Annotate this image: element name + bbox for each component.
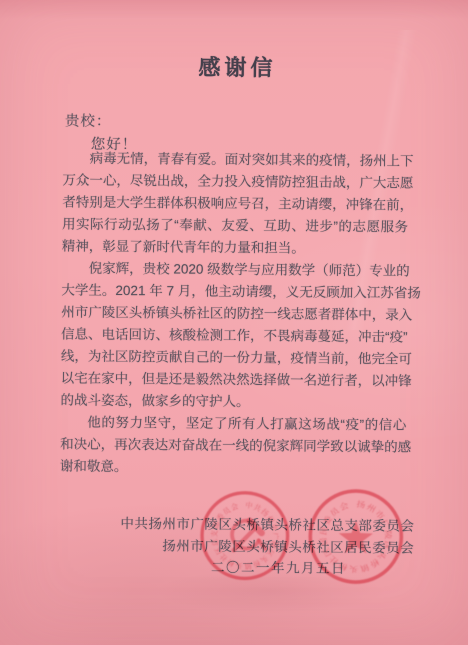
star-icon: [339, 521, 373, 554]
letter-page: 感谢信 贵校： 您好！ 病毒无情，青春有爱。面对突如其来的疫情，扬州上下 万众一…: [0, 0, 468, 645]
salutation: 贵校：: [65, 110, 112, 131]
body-line: 病毒无情，青春有爱。面对突如其来的疫情，扬州上下: [63, 148, 409, 173]
body-line: 倪家辉，贵校 2020 级数学与应用数学（师范）专业的: [62, 258, 408, 283]
svg-text:中共扬州市广陵区头桥镇头桥社区总支部委员会: 中共扬州市广陵区头桥镇头桥社区总支部委员会: [208, 499, 281, 572]
body-line: 信息、电话回访、核酸检测工作，不畏病毒蔓延，冲击“疫”: [61, 324, 407, 349]
body-line: 大学生。2021 年 7 月，他主动请缨，义无反顾加入江苏省扬: [61, 280, 407, 305]
party-committee-seal: 中共扬州市广陵区头桥镇头桥社区总支部委员会: [198, 489, 292, 583]
body-line: 精神，彰显了新时代青年的力量和担当。: [62, 236, 408, 261]
residents-committee-seal: 扬州市广陵区头桥镇头桥社区居民委员会: [306, 487, 406, 587]
seal-ring-text: 中共扬州市广陵区头桥镇头桥社区总支部委员会: [208, 499, 281, 572]
body-line: 线，为社区防控贡献自己的一份力量，疫情当前，他完全可: [61, 346, 407, 371]
hammer-sickle-icon: [232, 521, 265, 551]
body-line: 以宅在家中，但是还是毅然决然选择做一名逆行者，以冲锋: [61, 368, 407, 393]
body-line: 和决心，再次表达对奋战在一线的倪家辉同学致以诚挚的感: [60, 433, 406, 458]
letter-body: 病毒无情，青春有爱。面对突如其来的疫情，扬州上下 万众一心，尽锐出战，全力投入疫…: [60, 148, 409, 481]
body-line: 的战斗姿态，做家乡的守护人。: [60, 390, 406, 415]
body-line: 万众一心，尽锐出战，全力投入疫情防控狙击战，广大志愿: [62, 170, 408, 195]
body-line: 者特别是大学生群体积极响应号召，主动请缨，冲锋在前，: [62, 192, 408, 217]
body-line: 他的努力坚守，坚定了所有人打赢这场战“疫”的信心: [60, 412, 406, 437]
letter-title: 感谢信: [0, 49, 468, 84]
body-line: 用实际行动弘扬了“奉献、友爱、互助、进步”的志愿服务: [62, 214, 408, 239]
body-line: 州市广陵区头桥镇头桥社区的防控一线志愿者群体中，录入: [61, 302, 407, 327]
body-line: 谢和敬意。: [60, 455, 406, 480]
letter-photo: 感谢信 贵校： 您好！ 病毒无情，青春有爱。面对突如其来的疫情，扬州上下 万众一…: [0, 0, 468, 645]
